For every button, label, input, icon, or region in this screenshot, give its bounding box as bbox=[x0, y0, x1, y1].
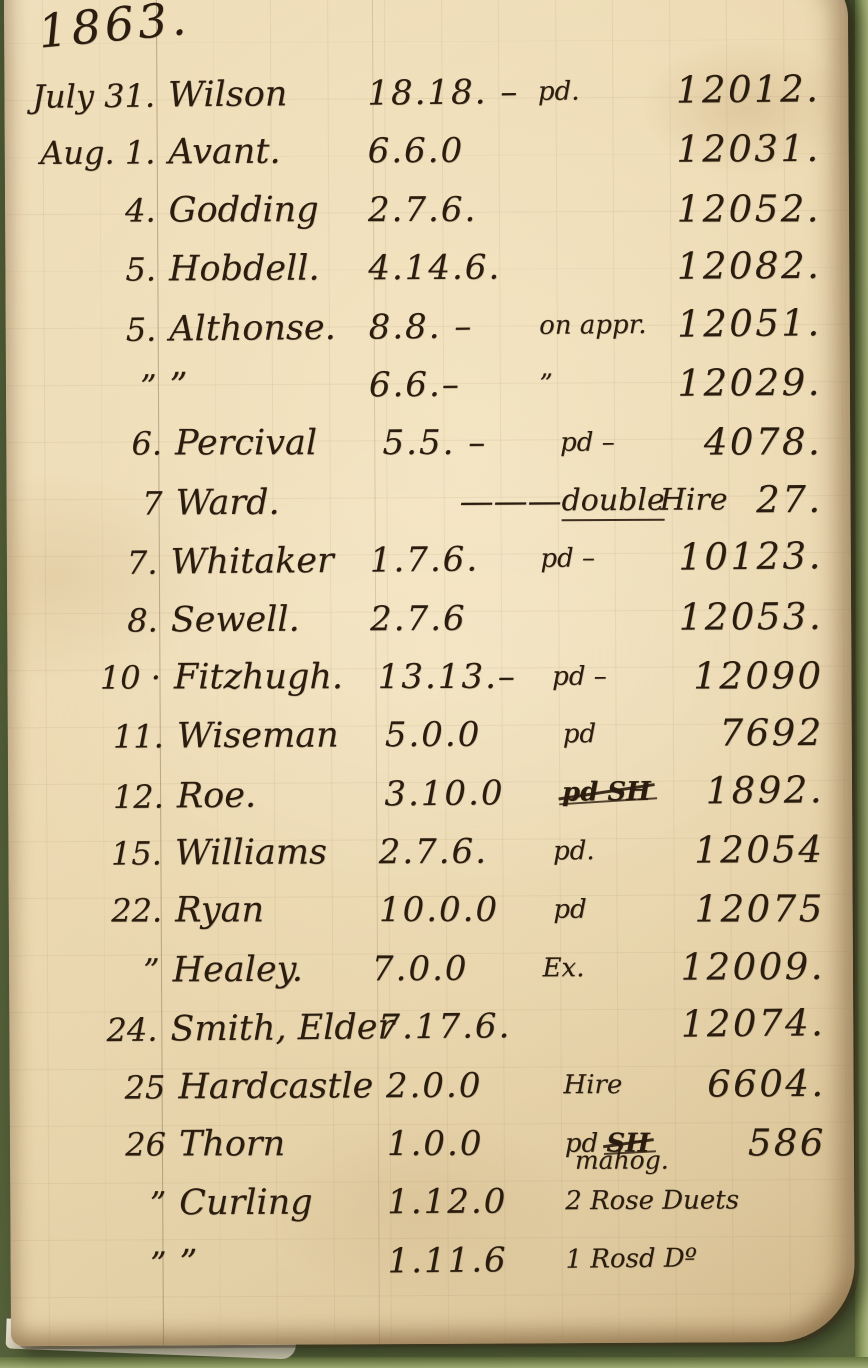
date-cell: 15. bbox=[34, 824, 162, 883]
number-cell: 12031. bbox=[676, 120, 825, 179]
amount-cell: 6.6.0 bbox=[368, 122, 539, 181]
number-cell: 12090 bbox=[693, 647, 827, 706]
note-cell: doubleHire bbox=[561, 471, 705, 530]
number-cell: 12052. bbox=[677, 180, 826, 239]
number-cell: 12054 bbox=[694, 821, 829, 880]
note-cell: pd SH bbox=[562, 762, 706, 822]
note-cell: pd SHmahog. bbox=[565, 1115, 709, 1174]
date-cell: July 31. bbox=[30, 67, 155, 127]
ditto-mark: ” bbox=[166, 1232, 388, 1293]
amount-cell: 1.0.0 bbox=[387, 1115, 565, 1174]
note-cell: pd – bbox=[552, 647, 693, 706]
amount-cell: 7.17.6. bbox=[378, 997, 546, 1057]
number-cell: 12074. bbox=[681, 994, 830, 1054]
amount-cell: 2.7.6. bbox=[378, 822, 553, 881]
note-cell bbox=[541, 588, 679, 647]
ledger-row: 8. Sewell. 2.7.6 12053. bbox=[33, 587, 827, 650]
ledger-row: 15. Williams 2.7.6. pd. 12054 bbox=[34, 821, 828, 884]
name-cell: Curling bbox=[166, 1174, 387, 1234]
name-cell: Wiseman bbox=[164, 707, 385, 767]
date-cell: 4. bbox=[31, 181, 156, 240]
ditto-mark: ” bbox=[32, 357, 157, 416]
number-cell: 4078. bbox=[704, 414, 827, 473]
ledger-row: 24. Smith, Elder 7.17.6. 12074. bbox=[35, 994, 830, 1060]
number-cell: 12053. bbox=[679, 587, 828, 646]
ditto-mark: ” bbox=[36, 1234, 167, 1294]
name-cell: Williams bbox=[162, 823, 379, 883]
number-cell: 1892. bbox=[705, 761, 828, 821]
note-underlined-word: double bbox=[561, 482, 664, 521]
number-cell: 12082. bbox=[677, 237, 826, 296]
year-heading: 1863. bbox=[36, 0, 192, 59]
note-cell: pd. bbox=[538, 62, 677, 122]
name-cell: Percival bbox=[162, 414, 383, 473]
number-cell: 12075 bbox=[694, 881, 828, 940]
note-cell bbox=[539, 238, 677, 297]
ledger-row: 5. Hobdell. 4.14.6. 12082. bbox=[31, 237, 825, 300]
photo-background: 1863. July 31. Wilson 18.18. – pd. 12012… bbox=[0, 0, 868, 1368]
name-cell: Sewell. bbox=[158, 590, 371, 650]
date-cell: 5. bbox=[31, 241, 156, 300]
ledger-row: ” Curling 1.12.0 2 Rose Duets bbox=[36, 1171, 830, 1234]
amount-cell: 3.10.0 bbox=[384, 763, 562, 823]
ditto-mark: ” bbox=[35, 941, 160, 1000]
date-cell: 7 bbox=[32, 474, 162, 533]
amount-cell: 1.11.6 bbox=[387, 1231, 566, 1291]
amount-cell: 2.7.6. bbox=[368, 181, 539, 240]
name-cell: Healey. bbox=[159, 940, 372, 1000]
note-cell: pd bbox=[563, 705, 707, 764]
amount-cell: 5.0.0 bbox=[385, 706, 563, 765]
ditto-mark: ” bbox=[539, 355, 677, 414]
background-highlight-right bbox=[855, 0, 868, 1368]
amount-cell: 2.0.0 bbox=[386, 1056, 564, 1115]
amount-cell: 5.5. – bbox=[382, 414, 560, 473]
note-cell: 1 Rosd Dº bbox=[565, 1229, 710, 1289]
amount-cell: 2.7.6 bbox=[370, 589, 541, 648]
name-cell: Smith, Elder bbox=[157, 999, 379, 1060]
amount-cell: 8.8. – bbox=[368, 296, 539, 356]
note-cell: pd. bbox=[553, 822, 694, 881]
ledger-row: 11. Wiseman 5.0.0 pd 7692 bbox=[34, 704, 828, 767]
ledger-page: 1863. July 31. Wilson 18.18. – pd. 12012… bbox=[4, 0, 855, 1346]
name-cell: Wilson bbox=[155, 65, 368, 125]
name-cell: Hardcastle bbox=[165, 1057, 386, 1117]
amount-cell: 18.18. – bbox=[367, 63, 538, 123]
number-cell bbox=[709, 1228, 831, 1288]
date-cell: 5. bbox=[31, 300, 156, 360]
ledger-row: 25 Hardcastle 2.0.0 Hire 6604. bbox=[35, 1055, 829, 1118]
name-cell: Whitaker bbox=[157, 532, 370, 592]
amount-cell: 4.14.6. bbox=[368, 239, 539, 298]
note-cell bbox=[545, 996, 681, 1056]
number-cell: 10123. bbox=[678, 527, 827, 587]
background-highlight-bottom bbox=[0, 1357, 868, 1368]
number-cell: 12051. bbox=[677, 294, 826, 354]
ledger-row: 5. Althonse. 8.8. – on appr. 12051. bbox=[31, 294, 826, 360]
ledger-row: Aug. 1. Avant. 6.6.0 12031. bbox=[31, 120, 825, 183]
note-cell: on appr. bbox=[539, 295, 678, 355]
amount-cell: 6.6.– bbox=[369, 355, 540, 414]
ledger-row: ” ” 6.6.– ” 12029. bbox=[32, 354, 826, 417]
number-cell: 12012. bbox=[676, 60, 825, 120]
name-cell: Roe. bbox=[164, 765, 385, 826]
date-cell: 25 bbox=[35, 1058, 165, 1117]
ledger-row: ” Healey. 7.0.0 Ex. 12009. bbox=[35, 938, 829, 1001]
ledger-row: ” ” 1.11.6 1 Rosd Dº bbox=[36, 1228, 831, 1294]
ledger-row: 7 Ward. ——— doubleHire 27. bbox=[32, 471, 826, 534]
number-cell: 6604. bbox=[707, 1055, 830, 1114]
name-cell: Godding bbox=[156, 181, 368, 240]
number-cell: 12029. bbox=[677, 354, 826, 413]
ditto-mark: ” bbox=[36, 1175, 166, 1234]
note-struck-text: pd SH bbox=[562, 763, 651, 822]
amount-cell: 13.13.– bbox=[378, 648, 553, 707]
date-cell: 10 · bbox=[33, 648, 161, 707]
name-cell: Althonse. bbox=[156, 298, 369, 358]
ledger-row: 4. Godding 2.7.6. 12052. bbox=[31, 180, 825, 240]
date-cell: 11. bbox=[34, 708, 164, 767]
ledger-rows: July 31. Wilson 18.18. – pd. 12012. Aug.… bbox=[30, 62, 830, 1292]
date-cell: 12. bbox=[34, 767, 164, 827]
note-second-line: mahog. bbox=[575, 1148, 669, 1174]
name-cell: Ryan bbox=[162, 882, 379, 941]
ledger-row: 22. Ryan 10.0.0 pd 12075 bbox=[35, 881, 829, 941]
amount-cell: 7.0.0 bbox=[372, 939, 543, 998]
name-cell: Fitzhugh. bbox=[161, 648, 378, 707]
ledger-row: 6. Percival 5.5. – pd – 4078. bbox=[32, 414, 826, 474]
amount-cell: ——— bbox=[383, 472, 561, 531]
number-cell bbox=[709, 1171, 830, 1230]
note-cell: Ex. bbox=[542, 939, 680, 998]
date-cell: 22. bbox=[35, 882, 163, 941]
ditto-mark: ” bbox=[156, 356, 369, 416]
ledger-row: 7. Whitaker 1.7.6. pd – 10123. bbox=[33, 527, 828, 593]
ledger-row: July 31. Wilson 18.18. – pd. 12012. bbox=[30, 60, 825, 126]
ledger-row: 12. Roe. 3.10.0 pd SH 1892. bbox=[34, 761, 829, 827]
note-cell: pd bbox=[553, 881, 694, 940]
amount-cell: 1.12.0 bbox=[387, 1173, 565, 1232]
number-cell: 586 bbox=[709, 1114, 830, 1173]
amount-cell: 1.7.6. bbox=[370, 530, 541, 590]
date-cell: 26 bbox=[36, 1115, 166, 1174]
number-cell: 27. bbox=[705, 471, 826, 530]
amount-cell: 10.0.0 bbox=[379, 881, 554, 940]
note-cell bbox=[538, 121, 676, 180]
note-cell: Hire bbox=[563, 1055, 707, 1114]
date-cell: 6. bbox=[32, 415, 162, 474]
ledger-row: 10 · Fitzhugh. 13.13.– pd – 12090 bbox=[33, 647, 827, 707]
note-cell: 2 Rose Duets bbox=[565, 1172, 709, 1231]
ledger-row: 26 Thorn 1.0.0 pd SHmahog. 586 bbox=[36, 1114, 830, 1174]
note-cell: pd – bbox=[560, 414, 704, 473]
number-cell: 12009. bbox=[680, 938, 829, 997]
name-cell: Ward. bbox=[162, 473, 383, 533]
name-cell: Thorn bbox=[166, 1115, 387, 1174]
name-cell: Avant. bbox=[155, 123, 368, 183]
date-cell: 8. bbox=[33, 591, 158, 650]
date-cell: Aug. 1. bbox=[31, 124, 156, 183]
date-cell: 24. bbox=[35, 1001, 158, 1061]
date-cell: 7. bbox=[33, 534, 158, 594]
name-cell: Hobdell. bbox=[156, 239, 369, 299]
note-cell bbox=[539, 180, 677, 239]
number-cell: 7692 bbox=[707, 704, 828, 763]
note-cell: pd – bbox=[540, 529, 679, 589]
